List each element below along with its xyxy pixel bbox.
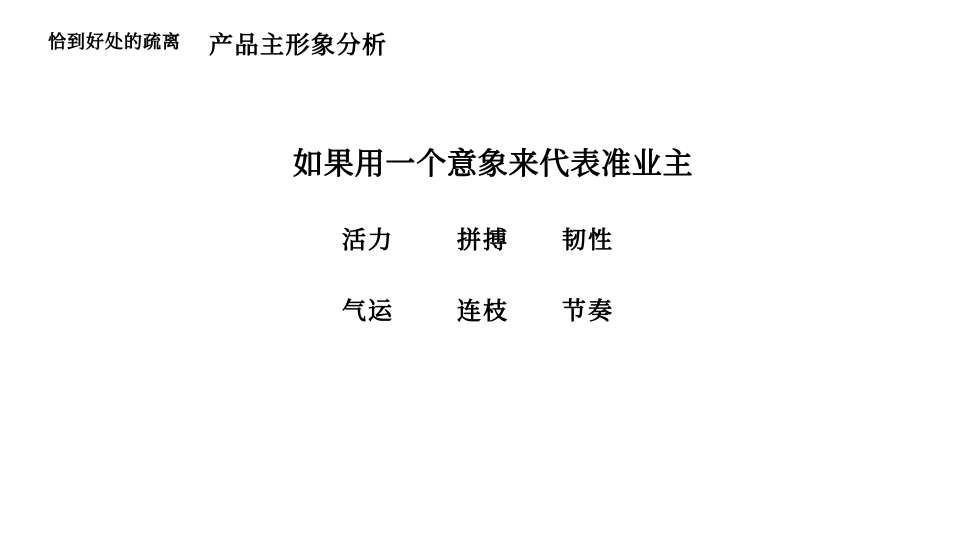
header-tagline: 恰到好处的疏离 [48,28,181,54]
keyword-rhythm: 节奏 [562,291,614,326]
keyword-row-1: 活力 拼搏 韧性 [342,220,632,250]
keyword-row-2: 气运 连枝 节奏 [342,291,632,321]
keyword-striving: 拼搏 [457,220,509,255]
header-section-title: 产品主形象分析 [209,25,388,60]
keyword-connected: 连枝 [457,291,509,326]
keyword-vitality: 活力 [342,220,394,255]
keyword-fortune: 气运 [342,291,394,326]
slide-title: 如果用一个意象来代表准业主 [293,139,693,183]
slide-canvas: 恰到好处的疏离 产品主形象分析 如果用一个意象来代表准业主 活力 拼搏 韧性 气… [0,0,960,540]
keyword-resilience: 韧性 [562,220,614,255]
